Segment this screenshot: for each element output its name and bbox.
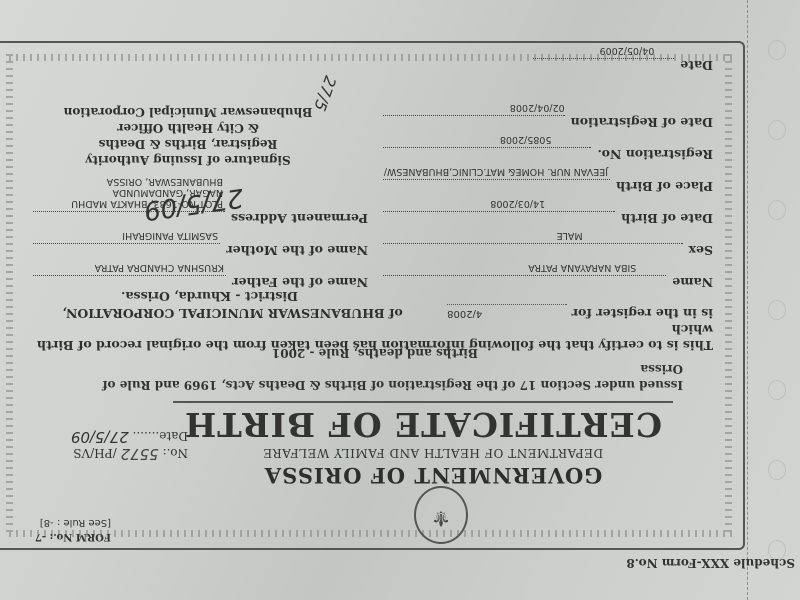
field-reg-no-label: Registration No. [597, 147, 713, 162]
field-sex: Sex MALE [383, 243, 713, 258]
field-date: Date 04/05/2009 [533, 58, 713, 73]
field-father-label: Name of the Father [232, 275, 368, 290]
certificate-title: CERTIFICATE OF BIRTH [173, 401, 673, 444]
department-title: DEPARTMENT OF HEALTH AND FAMILY WELFARE [203, 446, 663, 460]
field-mother-value: SASMITA PANIGRAHI [122, 230, 218, 241]
adjacent-page-strip [747, 0, 800, 600]
register-for-value: 4/2008 [447, 304, 567, 321]
field-dob: Date of Birth 14/03/2008 [383, 211, 713, 226]
signature-line-2: Registrar, Births & Deaths [23, 136, 353, 152]
field-sex-value: MALE [557, 230, 583, 241]
issuing-authority-block: Signature of Issuing Authority Registrar… [23, 104, 353, 168]
signature-line-3: & City Health Officer [23, 120, 353, 136]
certify-text: This is to certify that the following in… [13, 288, 713, 353]
field-reg-date-label: Date of Registration [571, 115, 713, 130]
field-name-value: SIBA NARAYANA PATRA [528, 262, 636, 273]
issued-line-1: Issued under Section 17 of the Registrat… [83, 361, 683, 393]
document-photo: Schedule XXX-Form No.8 FORM No.: -7 [See… [0, 0, 800, 600]
field-name: Name SIBA NARAYANA PATRA [383, 275, 713, 290]
field-place-of-birth: Place of Birth JEEVAN NUR. HOME& MAT.CLI… [383, 179, 713, 194]
certificate-date: Date....... 27/5/09 [71, 428, 188, 446]
government-title: GOVERNMENT OF ORISSA [223, 463, 643, 488]
field-father-value: KRUSHNA CHANDRA PATRA [95, 262, 224, 273]
field-father: Name of the Father KRUSHNA CHANDRA PATRA [33, 275, 368, 290]
birth-certificate: Schedule XXX-Form No.8 FORM No.: -7 [See… [0, 41, 745, 550]
see-rule: [See Rule : -8] [40, 517, 111, 528]
field-address-label: Permanent Address [231, 211, 368, 226]
certificate-date-handwritten: 27/5/09 [71, 428, 129, 446]
certificate-number-handwritten: 5572 [121, 445, 159, 463]
field-reg-date-value: 02/04/2008 [510, 102, 565, 113]
field-date-label: Date [680, 58, 713, 73]
field-registration-date: Date of Registration 02/04/2008 [383, 115, 713, 130]
corporation-name: BHUBANESWAR MUNICIPAL CORPORATION, [62, 306, 384, 321]
certify-of: of [389, 306, 443, 321]
form-number: FORM No.: -7 [35, 531, 111, 542]
state-emblem-icon: ⚜ [414, 486, 468, 544]
schedule-label: Schedule XXX-Form No.8 [626, 556, 795, 570]
field-place-label: Place of Birth [616, 179, 713, 194]
field-name-label: Name [672, 275, 713, 290]
rotated-document: Schedule XXX-Form No.8 FORM No.: -7 [See… [0, 0, 800, 600]
field-dob-value: 14/03/2008 [490, 198, 545, 209]
field-mother: Name of the Mother SASMITA PANIGRAHI [33, 243, 368, 258]
certificate-number: No.: 5572 /PH/VS [73, 445, 188, 463]
certificate-number-suffix: /PH/VS [73, 446, 117, 460]
field-date-value: 04/05/2009 [600, 45, 655, 56]
certify-line-2-prefix: is in the register for [571, 306, 713, 321]
certify-line-1: This is to certify that the following in… [13, 321, 713, 353]
field-place-value: JEEVAN NUR. HOME& MAT.CLINIC,BHUBANESW/ [384, 166, 608, 177]
field-reg-no-value: 5085/2008 [500, 134, 552, 145]
field-sex-label: Sex [689, 243, 713, 258]
certify-line-3: District - Khurda, Orissa. [13, 288, 713, 304]
field-mother-label: Name of the Mother [226, 243, 368, 258]
signature-line-1: Signature of Issuing Authority [23, 152, 353, 168]
field-dob-label: Date of Birth [621, 211, 713, 226]
certificate-number-label: No.: [163, 446, 188, 460]
field-registration-no: Registration No. 5085/2008 [383, 147, 713, 162]
signature-line-4: Bhubaneswar Municipal Corporation [23, 104, 353, 120]
